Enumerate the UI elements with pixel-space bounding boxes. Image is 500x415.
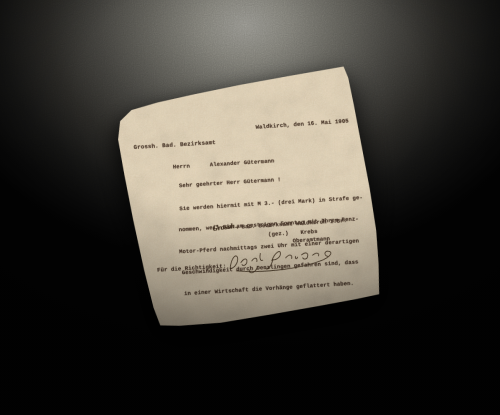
addressee-line: Herrn Alexander Gütermann	[173, 157, 275, 170]
body-line: Sie werden hiermit mit M 3.- (drei Mark)…	[179, 194, 363, 212]
paper-wrapper: Grossh. Bad. Bezirksamt Waldkirch, den 1…	[113, 65, 386, 333]
signed-name: Krebs	[300, 228, 317, 236]
date-line: Waldkirch, den 16. Mai 1905	[255, 117, 349, 130]
body-line: in einer Wirtschaft die Vorhänge geflatt…	[184, 279, 368, 297]
photo-backdrop: Grossh. Bad. Bezirksamt Waldkirch, den 1…	[0, 0, 500, 415]
addressee-label: Herrn	[173, 163, 190, 171]
signed-label: (gez.)	[268, 230, 289, 238]
typed-text-layer: Grossh. Bad. Bezirksamt Waldkirch, den 1…	[120, 73, 378, 325]
letterhead: Grossh. Bad. Bezirksamt	[133, 139, 216, 151]
letter-document: Grossh. Bad. Bezirksamt Waldkirch, den 1…	[113, 65, 386, 333]
addressee-name: Alexander Gütermann	[210, 157, 275, 168]
